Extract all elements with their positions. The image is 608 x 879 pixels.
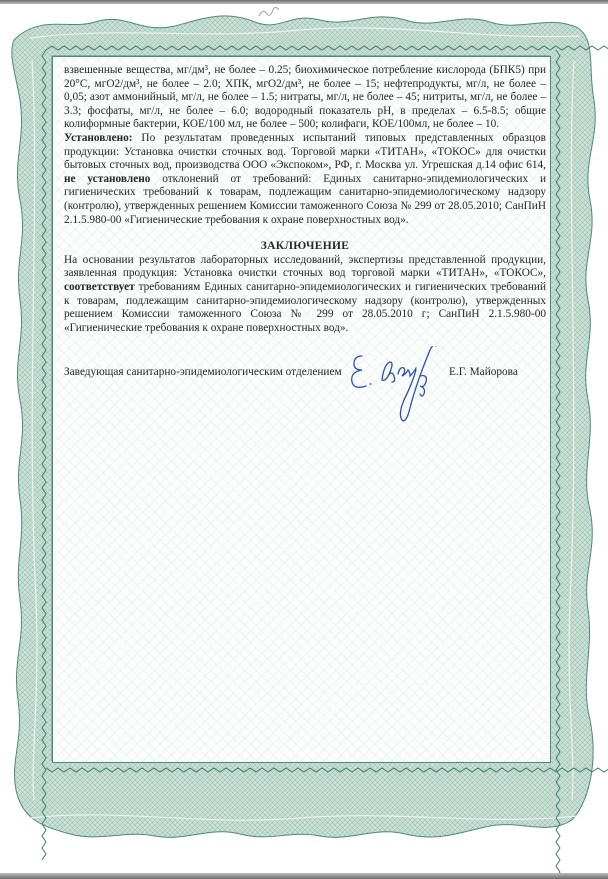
signature-block: Заведующая санитарно-эпидемиологическим …	[64, 366, 544, 378]
handwritten-signature-icon	[348, 346, 458, 426]
ink-smudge-icon	[255, 2, 285, 22]
signatory-position: Заведующая санитарно-эпидемиологическим …	[64, 366, 342, 378]
document-text: взвешенные вещества, мг/дм³, не более – …	[64, 64, 546, 335]
established-text-1: По результатам проведенных испытаний тип…	[64, 132, 546, 171]
established-label: Установлено:	[64, 132, 133, 144]
conclusion-text-2: требованиям Единых санитарно-эпидемиолог…	[64, 281, 546, 334]
scan-edge-bottom	[0, 873, 608, 879]
conclusion-bold-phrase: соответствует	[64, 281, 135, 293]
requirements-paragraph: взвешенные вещества, мг/дм³, не более – …	[64, 64, 546, 132]
conclusion-heading: ЗАКЛЮЧЕНИЕ	[64, 240, 546, 254]
established-bold-phrase: не установлено	[64, 173, 150, 185]
established-paragraph: Установлено: По результатам проведенных …	[64, 132, 546, 227]
signatory-name: Е.Г. Майорова	[449, 366, 518, 378]
conclusion-text-1: На основании результатов лабораторных ис…	[64, 254, 546, 280]
conclusion-paragraph: На основании результатов лабораторных ис…	[64, 254, 546, 336]
